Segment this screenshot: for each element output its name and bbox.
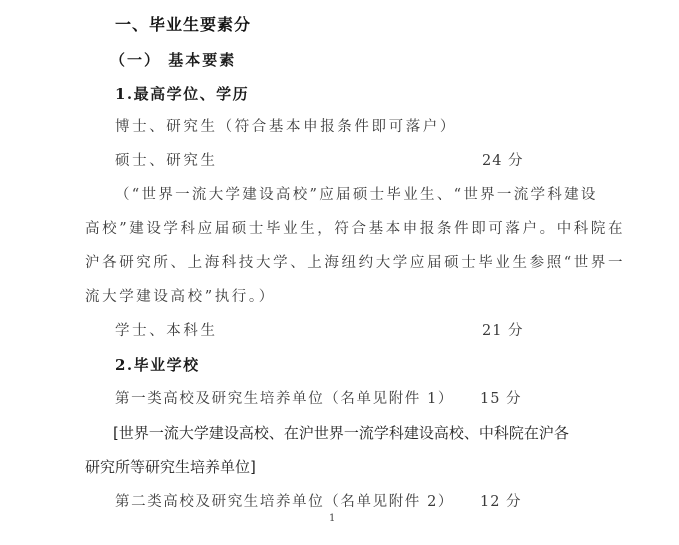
master-note-line: 流大学建设高校”执行。） (85, 287, 276, 307)
score-master: 24 分 (482, 151, 524, 171)
item2-heading: 2.毕业学校 (115, 355, 200, 375)
score-first-class: 15 分 (480, 389, 522, 409)
item1-heading: 1.最高学位、学历 (115, 84, 249, 104)
section-title: 一、毕业生要素分 (115, 15, 251, 35)
first-class-note-line: [世界一流大学建设高校、在沪世界一流学科建设高校、中科院在沪各 (113, 423, 569, 443)
first-class-note-line: 研究所等研究生培养单位] (85, 457, 256, 477)
master-note-line: 高校”建设学科应届硕士毕业生，符合基本申报条件即可落户。中科院在 (85, 219, 625, 239)
score-bachelor: 21 分 (482, 321, 524, 341)
subsection-title: （一） 基本要素 (110, 50, 236, 70)
row-doctorate: 博士、研究生（符合基本申报条件即可落户） (115, 117, 457, 137)
row-bachelor: 学士、本科生 (115, 321, 218, 341)
master-note-line: （“世界一流大学建设高校”应届硕士毕业生、“世界一流学科建设 (115, 185, 598, 205)
row-second-class: 第二类高校及研究生培养单位（名单见附件 2） (115, 492, 454, 512)
row-first-class: 第一类高校及研究生培养单位（名单见附件 1） (115, 389, 454, 409)
page-number: 1 (329, 513, 335, 525)
score-second-class: 12 分 (480, 492, 522, 512)
master-note-line: 沪各研究所、上海科技大学、上海纽约大学应届硕士毕业生参照“世界一 (85, 253, 625, 273)
row-master: 硕士、研究生 (115, 151, 218, 171)
